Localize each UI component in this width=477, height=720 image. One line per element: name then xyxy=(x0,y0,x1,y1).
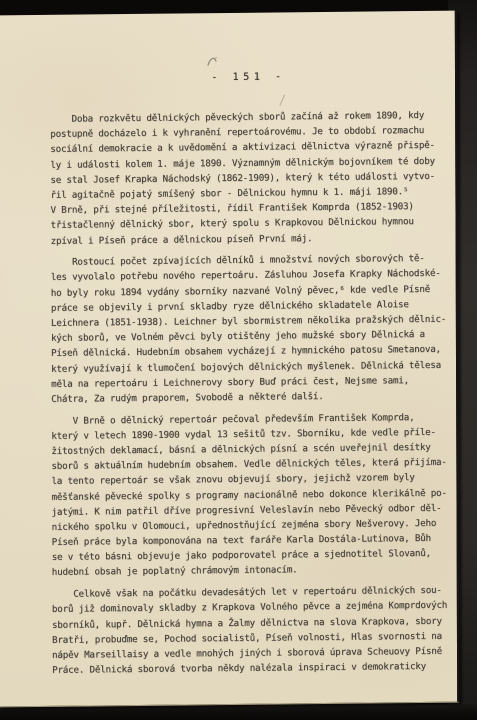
scanned-page-background: - 151 - Doba rozkvětu dělnických pěvecký… xyxy=(0,0,477,720)
paragraph: Rostoucí počet zpívajících dělníků i mno… xyxy=(51,251,452,407)
paragraph: V Brně o dělnický repertoár pečoval před… xyxy=(51,409,452,580)
page-body-text: Doba rozkvětu dělnických pěveckých sborů… xyxy=(50,108,452,685)
paper-fiber-mark xyxy=(271,91,285,106)
page-number: - 151 - xyxy=(50,70,447,85)
paragraph: Celkově však na počátku devadesátých let… xyxy=(52,583,452,678)
book-page: - 151 - Doba rozkvětu dělnických pěvecký… xyxy=(0,11,459,708)
text-line: Práce. Dělnická sborová tvorba někdy nal… xyxy=(52,659,452,678)
text-line: Chátra, Za rudým praporem, Svobodě a něk… xyxy=(51,388,451,407)
text-line: hudební obsah je poplatný chrámovým into… xyxy=(52,561,452,580)
paragraph: Doba rozkvětu dělnických pěveckých sborů… xyxy=(50,108,450,249)
pencil-smudge-icon xyxy=(205,54,221,70)
